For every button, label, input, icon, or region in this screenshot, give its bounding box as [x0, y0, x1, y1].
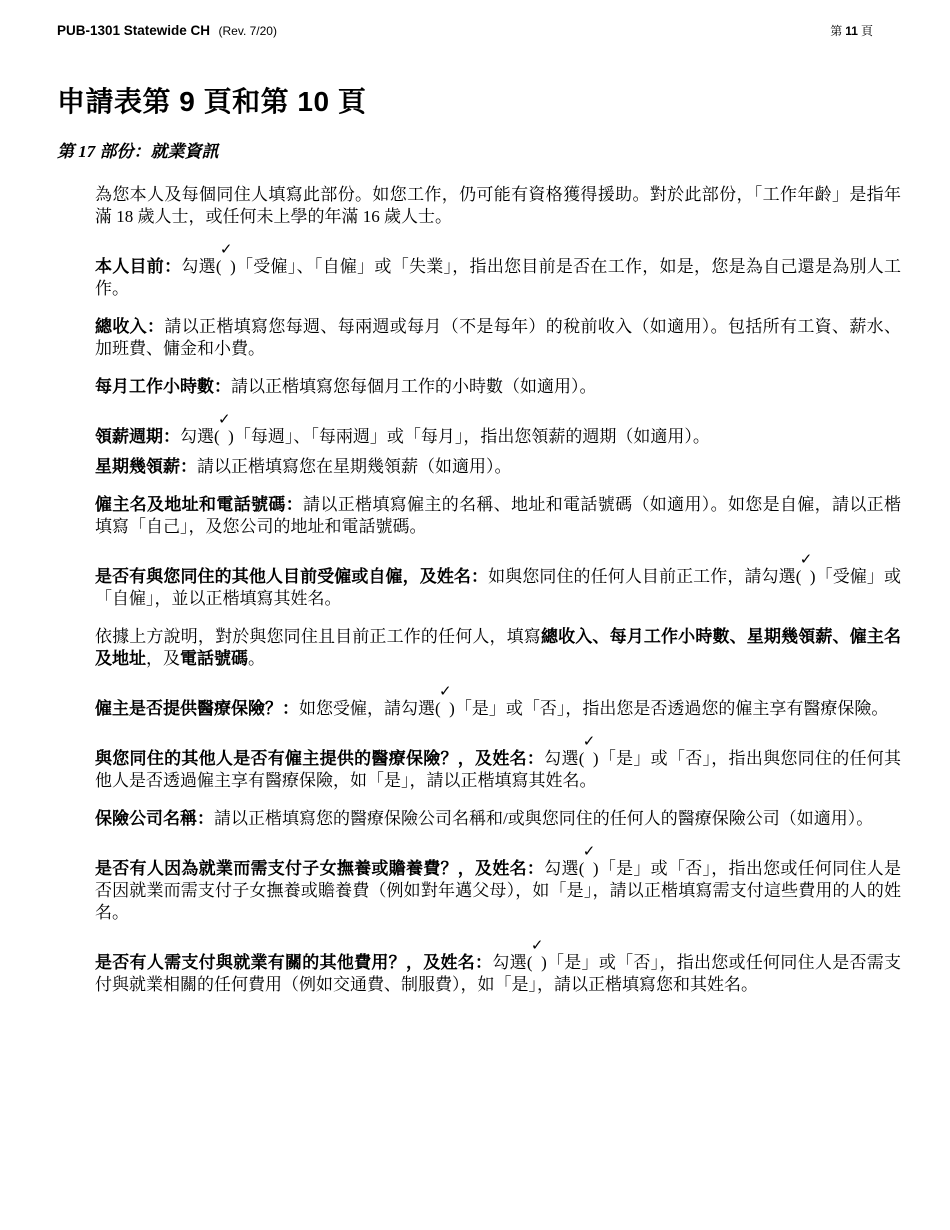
text-run: 勾選	[492, 953, 527, 972]
bold-label: 領薪週期：	[95, 427, 180, 446]
checkmark-icon: ✓	[583, 844, 596, 859]
page-number-suffix: 頁	[858, 24, 873, 38]
text-run: 請以正楷填寫您每個月工作的小時數（如適用）。	[231, 377, 597, 396]
bold-label: 是否有與您同住的其他人目前受僱或自僱，及姓名：	[95, 567, 488, 586]
header-left: PUB-1301 Statewide CH (Rev. 7/20)	[57, 22, 277, 40]
bold-label: 本人目前：	[95, 257, 181, 276]
paragraph-payday: 星期幾領薪：請以正楷填寫您在星期幾領薪（如適用）。	[95, 456, 901, 478]
page-number: 第 11 頁	[830, 22, 873, 39]
text-run: 請以正楷填寫您在星期幾領薪（如適用）。	[197, 457, 512, 476]
text-run: 「每週」、「每兩週」或「每月」，指出您領薪的週期（如適用）。	[234, 427, 710, 446]
text-run: 請以正楷填寫您每週、每兩週或每月（不是每年）的稅前收入（如適用）。包括所有工資、…	[95, 317, 901, 358]
text-run: 勾選	[181, 257, 216, 276]
check-parentheses: ✓( )	[796, 566, 816, 588]
bold-label: 保險公司名稱：	[95, 809, 214, 828]
paragraph-intro: 為您本人及每個同住人填寫此部份。如您工作，仍可能有資格獲得援助。對於此部份，「工…	[95, 184, 901, 228]
document-page: PUB-1301 Statewide CH (Rev. 7/20) 第 11 頁…	[0, 0, 950, 1230]
doc-id: PUB-1301 Statewide CH	[57, 23, 210, 38]
page-number-prefix: 第	[830, 24, 845, 38]
paragraph-others-employed: 是否有與您同住的其他人目前受僱或自僱，及姓名：如與您同住的任何人目前正工作，請勾…	[95, 554, 901, 610]
text-run: 勾選	[544, 749, 579, 768]
paragraph-per-above: 依據上方說明，對於與您同住且目前正工作的任何人，填寫總收入、每月工作小時數、星期…	[95, 626, 901, 670]
bold-label: 是否有人需支付與就業有關的其他費用？，及姓名：	[95, 953, 492, 972]
check-parentheses: ✓( )	[435, 698, 455, 720]
checkmark-icon: ✓	[220, 242, 233, 257]
checkmark-icon: ✓	[439, 684, 452, 699]
doc-title: 申請表第 9 頁和第 10 頁	[57, 80, 366, 120]
paragraph-monthly-hours: 每月工作小時數：請以正楷填寫您每個月工作的小時數（如適用）。	[95, 376, 901, 398]
text-run: 勾選	[180, 427, 214, 446]
text-run: ，及	[146, 649, 180, 668]
page-number-value: 11	[845, 24, 858, 38]
checkmark-icon: ✓	[583, 734, 596, 749]
check-parentheses: ✓( )	[579, 748, 599, 770]
bold-label: 總收入：	[95, 317, 164, 336]
paragraph-others-insurance: 與您同住的其他人是否有僱主提供的醫療保險？，及姓名：勾選✓( )「是」或「否」，…	[95, 736, 901, 792]
page-header: PUB-1301 Statewide CH (Rev. 7/20) 第 11 頁	[57, 22, 873, 40]
instructions-content: 為您本人及每個同住人填寫此部份。如您工作，仍可能有資格獲得援助。對於此部份，「工…	[95, 184, 901, 1012]
paragraph-child-support: 是否有人因為就業而需支付子女撫養或贍養費？，及姓名：勾選✓( )「是」或「否」，…	[95, 846, 901, 924]
check-parentheses: ✓( )	[579, 858, 599, 880]
section-heading: 第 17 部份：就業資訊	[57, 137, 219, 162]
check-parentheses: ✓( )	[216, 256, 236, 278]
bold-label: 星期幾領薪：	[95, 457, 197, 476]
text-run: 請以正楷填寫您的醫療保險公司名稱和/或與您同住的任何人的醫療保險公司（如適用）。	[214, 809, 873, 828]
bold-label: 與您同住的其他人是否有僱主提供的醫療保險？，及姓名：	[95, 749, 544, 768]
bold-label: 是否有人因為就業而需支付子女撫養或贍養費？，及姓名：	[95, 859, 544, 878]
paragraph-gross-income: 總收入：請以正楷填寫您每週、每兩週或每月（不是每年）的稅前收入（如適用）。包括所…	[95, 316, 901, 360]
checkmark-icon: ✓	[218, 412, 231, 427]
text-run: 「是」或「否」，指出您是否透過您的僱主享有醫療保險。	[455, 699, 889, 718]
text-run: 勾選	[544, 859, 579, 878]
paragraph-insurance-company: 保險公司名稱：請以正楷填寫您的醫療保險公司名稱和/或與您同住的任何人的醫療保險公…	[95, 808, 901, 830]
text-run: 如您受僱，請勾選	[299, 699, 435, 718]
paragraph-current-status: 本人目前：勾選✓( )「受僱」、「自僱」或「失業」，指出您目前是否在工作，如是，…	[95, 244, 901, 300]
bold-label: 電話號碼	[180, 649, 248, 668]
text-run: 如與您同住的任何人目前正工作，請勾選	[488, 567, 796, 586]
bold-label: 僱主是否提供醫療保險？：	[95, 699, 299, 718]
check-parentheses: ✓( )	[214, 426, 234, 448]
checkmark-icon: ✓	[531, 938, 544, 953]
bold-label: 僱主名及地址和電話號碼：	[95, 495, 303, 514]
paragraph-employer-insurance: 僱主是否提供醫療保險？：如您受僱，請勾選✓( )「是」或「否」，指出您是否透過您…	[95, 686, 901, 720]
check-parentheses: ✓( )	[527, 952, 547, 974]
paragraph-employer-info: 僱主名及地址和電話號碼：請以正楷填寫僱主的名稱、地址和電話號碼（如適用）。如您是…	[95, 494, 901, 538]
text-run: 依據上方說明，對於與您同住且目前正工作的任何人，填寫	[95, 627, 541, 646]
text-run: 。	[248, 649, 265, 668]
text-run: 為您本人及每個同住人填寫此部份。如您工作，仍可能有資格獲得援助。對於此部份，「工…	[95, 185, 901, 226]
checkmark-icon: ✓	[800, 552, 813, 567]
paragraph-pay-period: 領薪週期：勾選✓( )「每週」、「每兩週」或「每月」，指出您領薪的週期（如適用）…	[95, 414, 901, 448]
paragraph-other-expenses: 是否有人需支付與就業有關的其他費用？，及姓名：勾選✓( )「是」或「否」，指出您…	[95, 940, 901, 996]
doc-revision: (Rev. 7/20)	[219, 24, 277, 38]
bold-label: 每月工作小時數：	[95, 377, 231, 396]
